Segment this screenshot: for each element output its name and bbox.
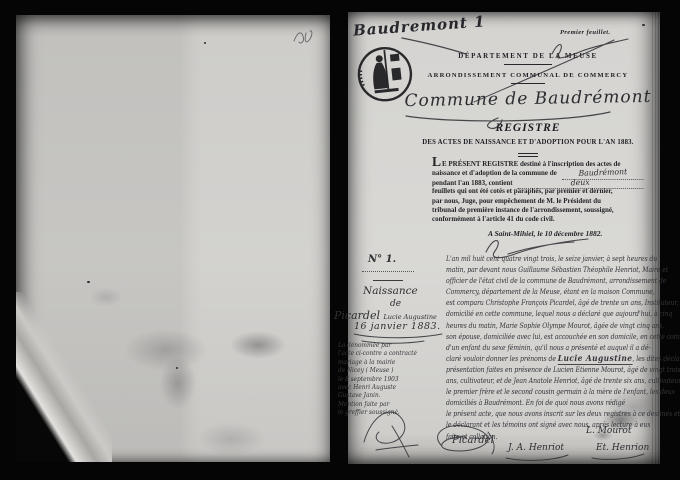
signature-declarant: Picardel (452, 435, 494, 446)
mention-line: le greffier soussigné. (338, 409, 448, 417)
handwritten-feuillet-count: deux (571, 177, 590, 187)
scanned-register-spread: Baudremont 1 Premier feuillet. DÉPARTEME… (0, 0, 680, 480)
preamble-line: feuillets qui ont été cotés et paraphés,… (432, 187, 651, 196)
preamble-line: naissance et d'adoption de la commune de… (432, 168, 651, 177)
margin-rule (373, 280, 403, 281)
act-line: Commercy, département de la Meuse, étant… (446, 287, 633, 298)
departement-heading: DÉPARTEMENT DE LA MEUSE (410, 52, 646, 60)
act-nature: Naissance (363, 285, 418, 297)
pencil-scribble (290, 23, 320, 49)
registre-subtitle: DES ACTES DE NAISSANCE ET D'ADOPTION POU… (410, 139, 646, 146)
mention-line: de Nicey ( Meuse ) (338, 367, 448, 375)
act-nature-de: de (390, 299, 401, 309)
preamble-line: par nous, Juge, pour empêchement de M. l… (432, 197, 651, 206)
page-stain (563, 379, 658, 454)
page-corner-fold (16, 292, 112, 462)
premier-feuillet-label: Premier feuillet. (560, 29, 611, 36)
ornament-divider (518, 153, 538, 157)
dateline: A Saint-Mihiel, le 10 décembre 1882. (432, 229, 658, 238)
ink-speck (204, 42, 206, 44)
act-date: 16 janvier 1883. (354, 321, 441, 332)
ink-speck (642, 24, 645, 26)
preamble-line: conformément à l'article 41 du code civi… (432, 215, 651, 224)
act-line: L'an mil huit cent quatre vingt trois, l… (446, 254, 633, 265)
act-line: officier de l'état civil de la commune d… (446, 276, 633, 287)
mention-line: avec Henri Auguste (338, 384, 448, 392)
left-blank-page (16, 15, 330, 462)
signature-witness-1: J. A. Henriot (508, 443, 564, 453)
act-line: son épouse, domiciliée avec lui, est acc… (446, 332, 633, 343)
mention-line: le 8 septembre 1903 (338, 376, 448, 384)
divider-rule (504, 64, 552, 65)
mention-line: Gustave Janin. (338, 392, 448, 400)
witness1-swash (506, 455, 568, 460)
act-line-child-name: claré vouloir donner les prénoms de Luci… (446, 354, 633, 365)
registre-title: REGISTRE (410, 122, 646, 134)
mention-line: Mention faite par (338, 401, 448, 409)
commune-heading: Commune de Baudrémont (398, 87, 658, 112)
mention-line: mariage à la mairie (338, 359, 448, 367)
ink-speck (176, 367, 178, 369)
margin-dotted-rule (362, 271, 414, 272)
marginal-mention: La dénommée par l'acte ci-contre a contr… (338, 342, 458, 418)
act-line: domicilié en cette commune, lequel nous … (446, 309, 633, 320)
mention-line: l'acte ci-contre a contracté (338, 350, 448, 358)
preamble-line: tribunal de première instance de l'arron… (432, 206, 651, 215)
child-given-names: Lucie Augustine (383, 313, 436, 321)
act-text: , les dites déclaration et (632, 355, 680, 363)
act-text: claré vouloir donner les prénoms de (446, 355, 558, 363)
act-line: présentation faites en présence de Lucie… (446, 365, 633, 376)
dropcap-letter: L (432, 159, 441, 167)
act-line: d'un enfant du sexe féminin, qu'il nous … (446, 343, 633, 354)
act-line: matin, par devant nous Guillaume Sébasti… (446, 265, 633, 276)
handwritten-page-label: Baudremont 1 (353, 12, 487, 39)
witness2-swash (592, 454, 644, 459)
child-name-emphasis: Lucie Augustine (558, 354, 633, 365)
act-number: N° 1. (368, 254, 396, 265)
register-title-page: Baudremont 1 Premier feuillet. DÉPARTEME… (348, 12, 660, 464)
act-line: heures du matin, Marie Sophie Olympe Mou… (446, 321, 633, 332)
preamble-paragraph: L E PRÉSENT REGISTRE destiné à l'inscrip… (432, 159, 658, 238)
preamble-line: pendant l'an 1883, contient deux (432, 178, 651, 187)
arrondissement-heading: ARRONDISSEMENT COMMUNAL DE COMMERCY (410, 72, 646, 79)
ink-speck (87, 281, 90, 283)
greffier-paraph (364, 412, 418, 457)
mention-line: La dénommée par (338, 342, 448, 350)
act-line: est comparu Christophe François Picardel… (446, 298, 633, 309)
divider-rule (511, 83, 545, 84)
